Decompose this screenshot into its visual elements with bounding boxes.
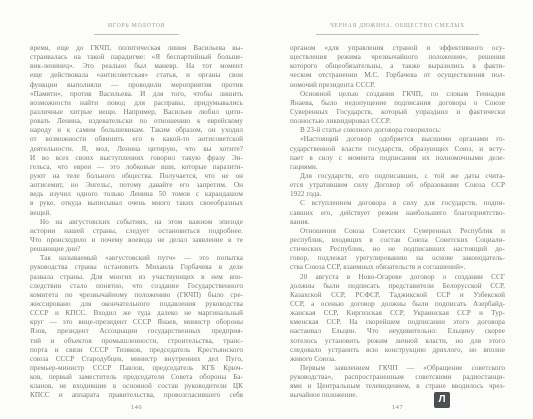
text-line: кменская ССР. На скорейшем подписании эт…	[290, 318, 505, 327]
text-line: руководства страны остановить Михаила Го…	[30, 263, 243, 272]
text-line: гельса, что евреи — это лобковые вши, ко…	[30, 163, 243, 172]
text-line: ства Союза ССР, взаимных обязательств и …	[290, 263, 505, 272]
text-line: республик, входящих в состав Союза Совет…	[290, 236, 505, 245]
text-line: народу и к самим большевикам. Таким обра…	[30, 126, 243, 135]
text-line: должны были подписать представители Бело…	[290, 282, 505, 291]
text-line: ческом отстранении М.С. Горбачева от осу…	[290, 71, 505, 80]
text-line: ществления режима чрезвычайного положени…	[290, 53, 505, 62]
text-line: вычайное положение.	[290, 391, 505, 400]
text-line: Но на августовских событиях, на этом важ…	[30, 218, 243, 227]
text-line: органом «для управления страной и эффект…	[290, 44, 505, 53]
text-line: Первым заявлением ГКЧП — «Обращение сове…	[290, 364, 505, 373]
text-line: С вступлением договора в силу для госуда…	[290, 199, 505, 208]
text-line: Отношения Союза Советских Суверенных Рес…	[290, 227, 505, 236]
text-line: номочий президента СССР.	[290, 81, 505, 90]
text-line: в руке, откуда выписывал очень много так…	[30, 199, 243, 208]
text-line: вещей.	[30, 209, 243, 218]
text-line: Основной целью создания ГКЧП, по словам …	[290, 90, 505, 99]
text-line: деятельности. Я, мол, Ленина цитирую, чт…	[30, 145, 243, 154]
text-line: ССР, а осенью договор должны были подпис…	[290, 300, 505, 309]
text-line: И во всех своих выступлениях говорил так…	[30, 154, 243, 163]
text-line: возможности найти повод для расправы, пр…	[30, 99, 243, 108]
text-line: В 23-й статье союзного договора говорило…	[290, 126, 505, 135]
text-line: Казахской ССР, РСФСР, Таджикской ССР и У…	[290, 291, 505, 300]
left-page-text: время, еще до ГКЧП, политическая линия В…	[30, 44, 243, 400]
text-line: функции выполняли — проводили мероприяти…	[30, 81, 243, 90]
text-line: жанская ССР, Киргизская ССР, Украинская …	[290, 309, 505, 318]
text-line: следовало устранить всю конструкцию дрях…	[290, 346, 505, 355]
text-line: говор, подлежат урегулированию на основе…	[290, 254, 505, 263]
left-running-head-text: ИГОРЬ МОЛОТОВ	[94, 22, 179, 35]
text-line: полностью ликвидировал СССР.	[290, 117, 505, 126]
text-line: «Памяти», против Васильева. И для того, …	[30, 90, 243, 99]
text-line: Суверенных Государств, который упразднил…	[290, 108, 505, 117]
text-line: еще действовала «антисоветская» статья, …	[30, 71, 243, 80]
book-spread-scan: ИГОРЬ МОЛОТОВ время, еще до ГКЧП, полити…	[0, 0, 533, 419]
left-page-number: 146	[30, 404, 243, 411]
text-line: истории нашей страны, следует остановить…	[30, 227, 243, 236]
text-line: Для государств, его подписавших, с той ж…	[290, 172, 505, 181]
text-line: хотелось установить режим личной власти,…	[290, 337, 505, 346]
text-line: сударственной власти государств, образую…	[290, 145, 505, 154]
text-line: ями и Центральным телевидением, в стране…	[290, 382, 505, 391]
text-line: живого Союза.	[290, 355, 505, 364]
right-page-text: органом «для управления страной и эффект…	[290, 44, 505, 400]
text-line: ровать Ленина, издевательски по отношени…	[30, 117, 243, 126]
text-line: союза СССР Стародубцев, министр внутренн…	[30, 355, 243, 364]
text-line: от возможности обвинить его в какой-то а…	[30, 135, 243, 144]
text-line: антисемит, но Энгельс, потому давайте ег…	[30, 181, 243, 190]
text-line: премьер-министр СССР Павлов, председател…	[30, 364, 243, 373]
text-line: порта и связи СССР Тизяков, председатель…	[30, 346, 243, 355]
text-line: круг — это вице-президент СССР Янаев, ми…	[30, 318, 243, 327]
text-line: Так называемый «августовский путч» — это…	[30, 254, 243, 263]
right-running-head-text: ЧЕРНАЯ ДЮЖИНА. ОБЩЕСТВО СМЕЛЫХ	[316, 22, 479, 35]
text-line: вик-ленинец». Это реально был маневр. На…	[30, 62, 243, 71]
labirint-logo-badge[interactable]: Л	[434, 392, 450, 408]
text-line: Язов, президент Ассоциации государственн…	[30, 327, 243, 336]
right-running-head: ЧЕРНАЯ ДЮЖИНА. ОБЩЕСТВО СМЕЛЫХ	[290, 14, 505, 35]
text-line: решающие дни?	[30, 245, 243, 254]
text-line: 1922 года.	[290, 190, 505, 199]
text-line: стических Республик, но не подписавших н…	[290, 245, 505, 254]
text-line: савших его, действует режим наибольшего …	[290, 209, 505, 218]
text-line: 20 августа в Ново-Огареве договор о созд…	[290, 273, 505, 282]
text-line: Янаева, было недопущение подписания дого…	[290, 99, 505, 108]
text-line: ется утратившим силу Договор об образова…	[290, 181, 505, 190]
text-line: гациями.	[290, 163, 505, 172]
text-line: которого общеобязательны, а также вырази…	[290, 62, 505, 71]
text-line: комитета по чрезвычайному положению (ГКЧ…	[30, 291, 243, 300]
text-line: СССР и КПСС. Входил же туда далеко не ма…	[30, 309, 243, 318]
text-line: настаивал Ельцин. Что неудивительно: Ель…	[290, 327, 505, 336]
text-line: развала страны. Для многих из участвующи…	[30, 273, 243, 282]
text-line: ков, первый заместитель председателя Сов…	[30, 373, 243, 382]
text-line: страивалась на такой парадигме: «Я беспа…	[30, 53, 243, 62]
text-line: следствии стало понятно, что создание Го…	[30, 282, 243, 291]
text-line: «Настоящий договор одобряется высшими ор…	[290, 135, 505, 144]
left-page: ИГОРЬ МОЛОТОВ время, еще до ГКЧП, полити…	[30, 14, 243, 411]
right-page: ЧЕРНАЯ ДЮЖИНА. ОБЩЕСТВО СМЕЛЫХ органом «…	[290, 14, 505, 411]
text-line: пает в силу с момента подписания их полн…	[290, 154, 505, 163]
text-line: Что происходило и почему воевода не дела…	[30, 236, 243, 245]
text-line: различные хитрые вещи. Например, Василье…	[30, 108, 243, 117]
text-line: жиссировано для окончательного подавлени…	[30, 300, 243, 309]
right-page-number: 147	[290, 404, 505, 411]
text-line: время, еще до ГКЧП, политическая линия В…	[30, 44, 243, 53]
text-line: руют на теле больного общества. Получает…	[30, 172, 243, 181]
text-line: ведь изучил одного только Ленина 50 томо…	[30, 190, 243, 199]
text-line: тий и объектов промышленности, строитель…	[30, 337, 243, 346]
text-line: кланов, не входившие в основной состав р…	[30, 382, 243, 391]
text-line: вания.	[290, 218, 505, 227]
text-line: руководства», распространенным советским…	[290, 373, 505, 382]
left-running-head: ИГОРЬ МОЛОТОВ	[30, 14, 243, 35]
text-line: КПСС и аппарата правительства, провозгла…	[30, 391, 243, 400]
